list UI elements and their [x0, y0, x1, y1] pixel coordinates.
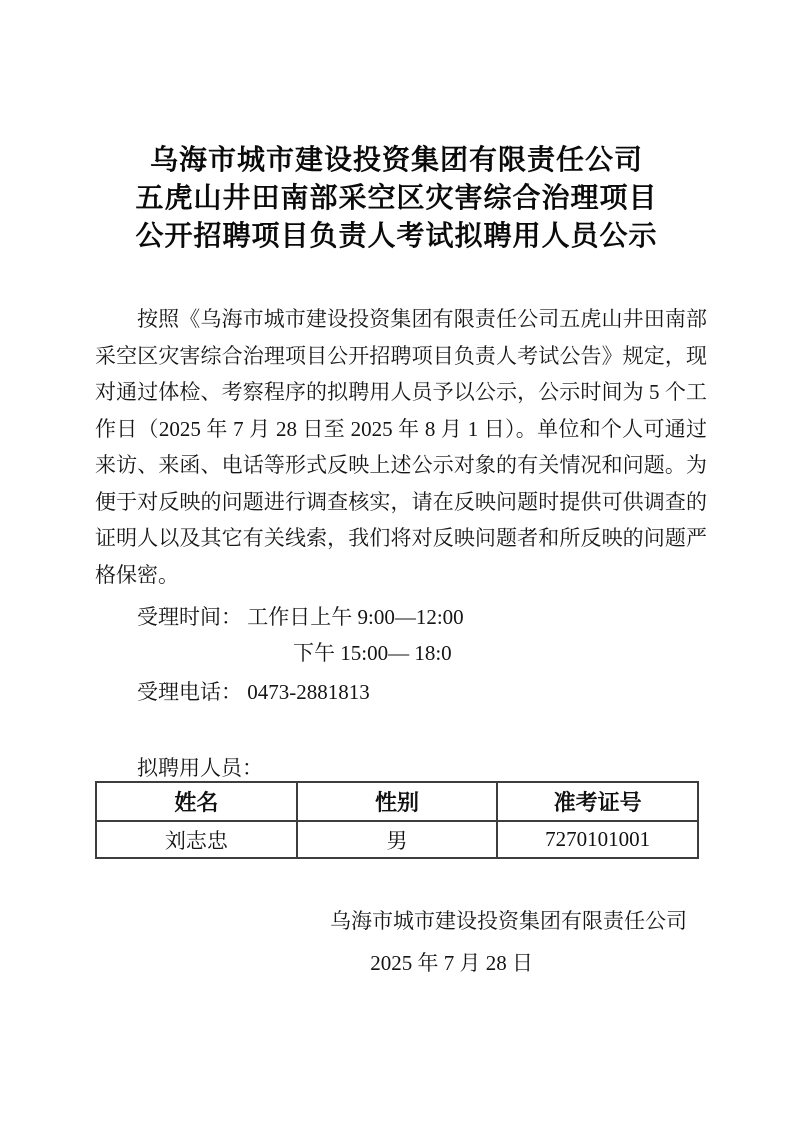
table-header-row: 姓名 性别 准考证号: [96, 782, 698, 821]
footer-date: 2025 年 7 月 28 日: [95, 945, 699, 981]
announcement-body-paragraph: 按照《乌海市城市建设投资集团有限责任公司五虎山井田南部采空区灾害综合治理项目公开…: [95, 301, 707, 593]
table-cell-exam-number: 7270101001: [497, 821, 698, 858]
table-header-exam-number: 准考证号: [497, 782, 698, 821]
acceptance-phone-line: 受理电话： 0473-2881813: [95, 674, 749, 710]
document-title-line-1: 乌海市城市建设投资集团有限责任公司: [0, 141, 793, 179]
acceptance-time-line-2: 下午 15:00— 18:0: [95, 635, 793, 671]
candidates-table: 姓名 性别 准考证号 刘志忠 男 7270101001: [95, 781, 699, 859]
document-title-line-3: 公开招聘项目负责人考试拟聘用人员公示: [0, 217, 793, 255]
table-cell-name: 刘志忠: [96, 821, 297, 858]
document-title-line-2: 五虎山井田南部采空区灾害综合治理项目: [0, 179, 793, 217]
table-header-gender: 性别: [297, 782, 498, 821]
document-title: 乌海市城市建设投资集团有限责任公司 五虎山井田南部采空区灾害综合治理项目 公开招…: [0, 141, 793, 255]
table-cell-gender: 男: [297, 821, 498, 858]
acceptance-time-line-1: 受理时间： 工作日上午 9:00—12:00: [95, 599, 749, 635]
footer-organization-signature: 乌海市城市建设投资集团有限责任公司: [95, 903, 699, 939]
table-header-name: 姓名: [96, 782, 297, 821]
table-row: 刘志忠 男 7270101001: [96, 821, 698, 858]
announcement-document-page: 乌海市城市建设投资集团有限责任公司 五虎山井田南部采空区灾害综合治理项目 公开招…: [0, 0, 793, 1122]
